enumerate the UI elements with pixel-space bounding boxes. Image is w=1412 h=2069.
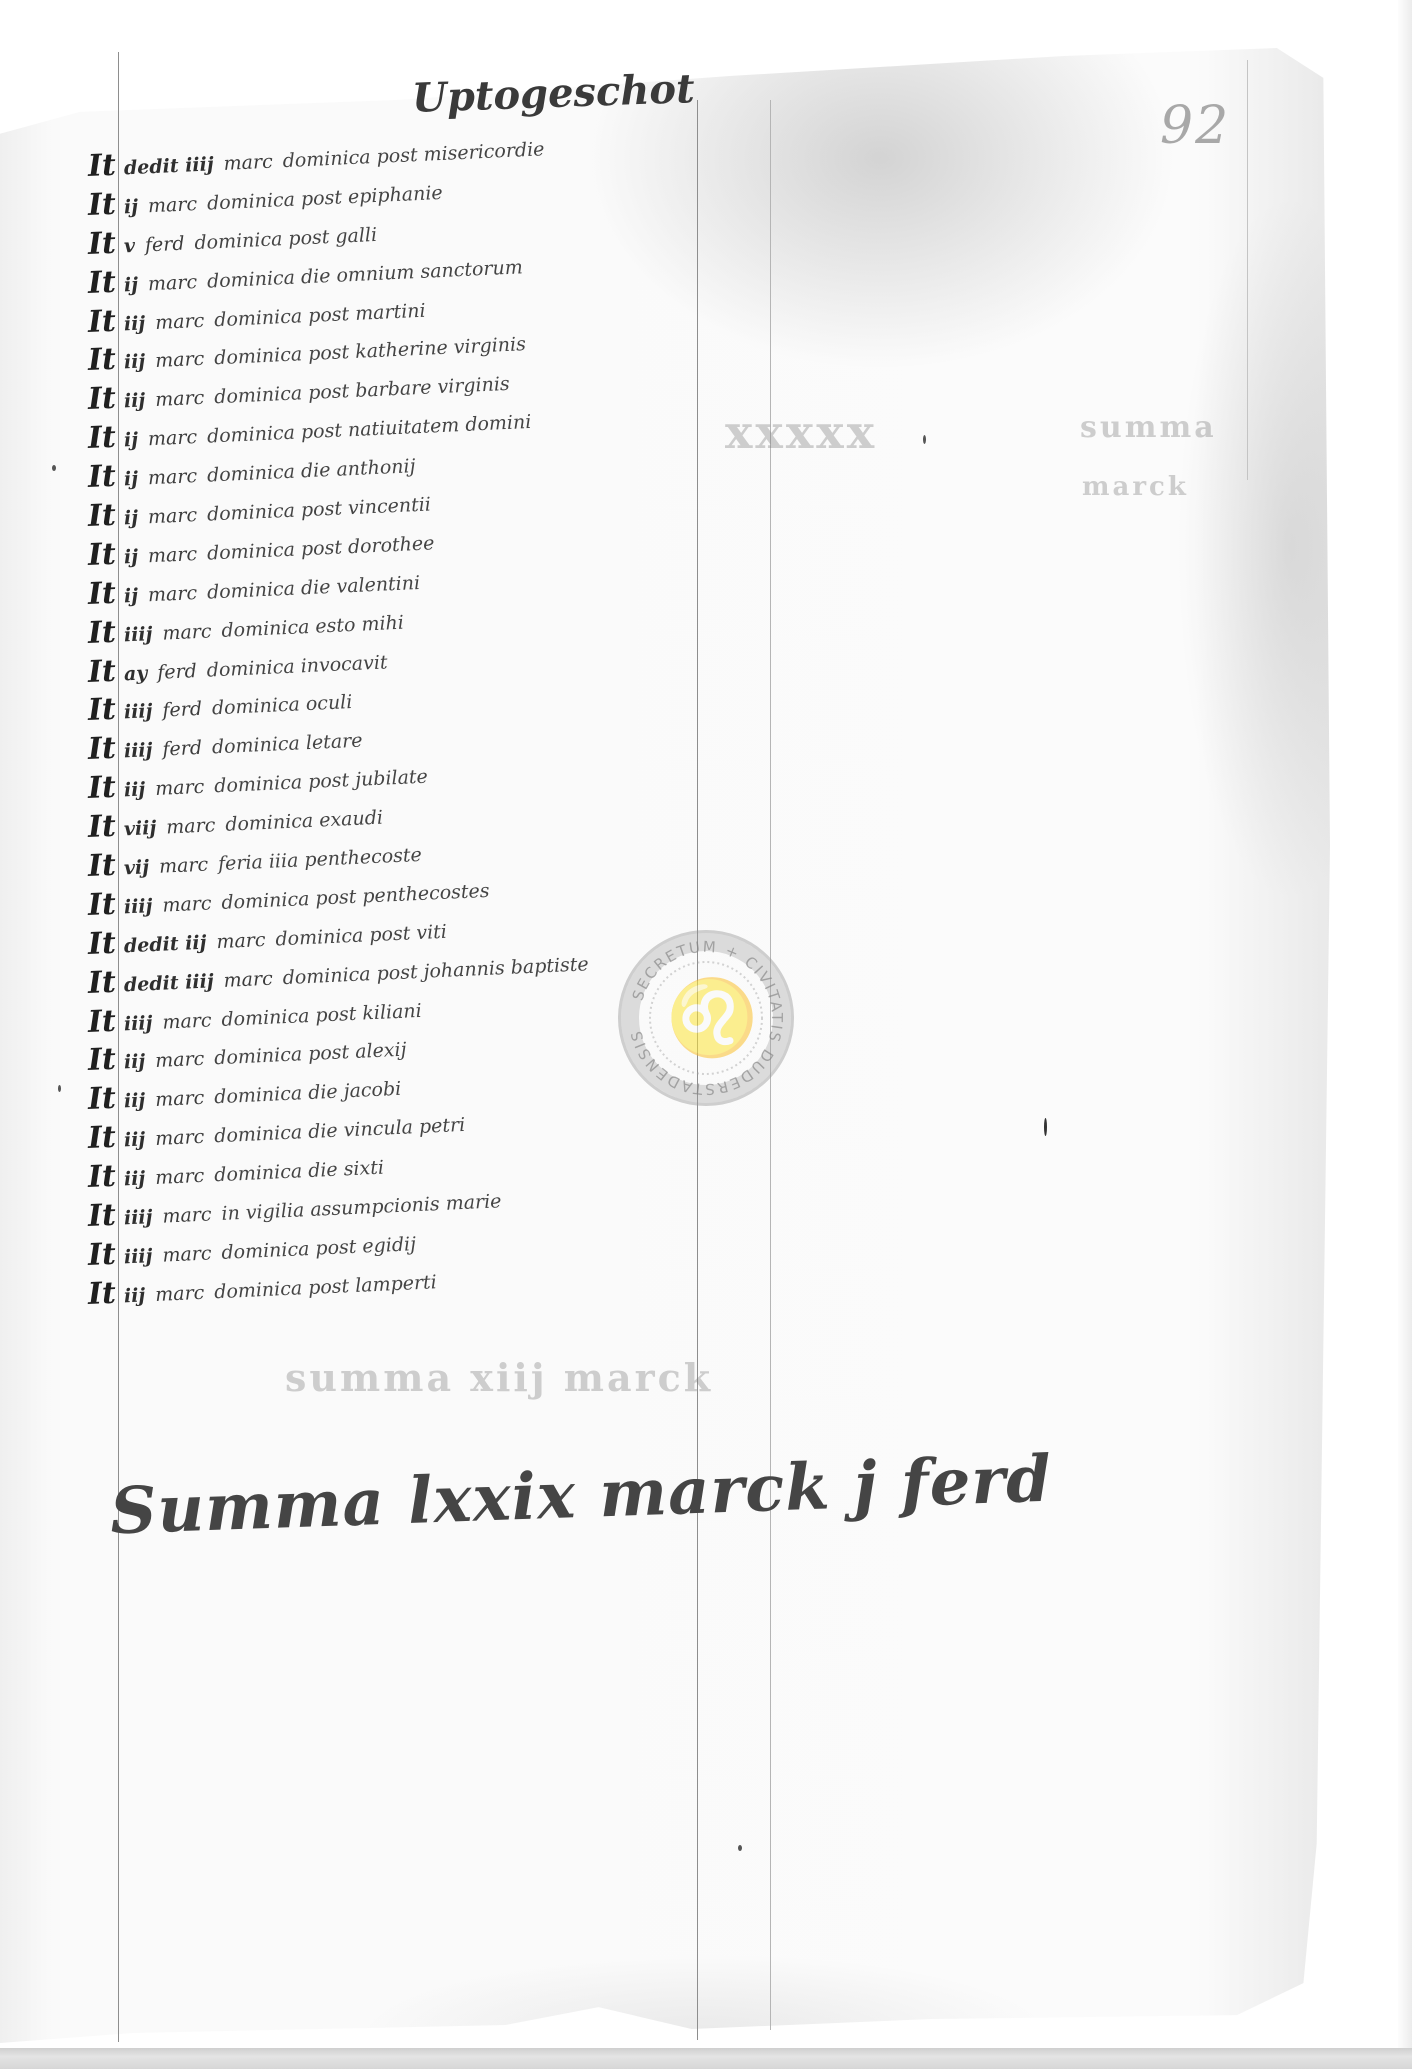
entry-item-mark: It (87, 459, 116, 495)
entry-amount: ay (123, 662, 147, 685)
bleed-through-text: summa (1080, 410, 1217, 445)
entry-description: dominica die valentini (207, 572, 421, 604)
entry-amount: iiij (123, 1245, 152, 1268)
bleed-through-text: xxxxx (725, 405, 877, 459)
entry-description: feria iiia penthecoste (218, 844, 423, 875)
entry-amount: viij (123, 817, 156, 840)
bleed-through-text: summa xiij marck (285, 1355, 713, 1400)
entry-item-mark: It (87, 1081, 116, 1117)
entry-amount: iiij (123, 1206, 152, 1229)
lion-icon: ♌ (666, 973, 746, 1063)
entry-unit: ferd (162, 737, 202, 761)
ink-speck (923, 435, 926, 444)
entry-unit: marc (162, 1242, 212, 1266)
entry-item-mark: It (87, 964, 116, 1000)
entry-unit: marc (162, 892, 212, 916)
entry-item-mark: It (87, 342, 116, 378)
entry-description: dominica post jubilate (214, 766, 428, 798)
folio-number: 92 (1160, 96, 1230, 156)
entry-unit: marc (162, 1203, 212, 1227)
entry-amount: ij (123, 546, 138, 569)
entry-unit: marc (216, 929, 266, 953)
entry-item-mark: It (87, 1237, 116, 1273)
entry-unit: marc (155, 1048, 205, 1072)
entry-item-mark: It (87, 381, 116, 417)
entry-amount: iij (123, 1168, 145, 1191)
entry-amount: iij (123, 351, 145, 374)
entry-item-mark: It (87, 420, 116, 456)
entry-amount: v (123, 235, 135, 257)
entry-unit: marc (155, 1282, 205, 1306)
entry-item-mark: It (87, 770, 116, 806)
ink-speck (1044, 1118, 1047, 1136)
entry-item-mark: It (87, 1276, 116, 1312)
entry-item-mark: It (87, 1042, 116, 1078)
entry-amount: iij (123, 312, 145, 335)
ruling-line-right (1247, 60, 1248, 480)
entry-item-mark: It (87, 1159, 116, 1195)
entry-unit: marc (155, 1087, 205, 1111)
entry-amount: ij (123, 468, 138, 491)
entry-unit: marc (162, 1009, 212, 1033)
entry-amount: ij (123, 507, 138, 530)
entry-description: dominica exaudi (225, 807, 384, 836)
entry-item-mark: It (87, 887, 116, 923)
entry-amount: iij (123, 1284, 145, 1307)
entry-item-mark: It (87, 653, 116, 689)
ink-speck (52, 465, 56, 471)
entry-description: dominica oculi (211, 691, 352, 719)
entry-item-mark: It (87, 537, 116, 573)
entry-description: dominica post lamperti (214, 1271, 437, 1303)
entry-item-mark: It (87, 848, 116, 884)
bleed-through-text: marck (1082, 472, 1189, 502)
ledger-entries: Itdedit iiijmarcdominica post misericord… (88, 148, 688, 1315)
entry-amount: iij (123, 1090, 145, 1113)
page-heading: Uptogeschot (411, 65, 695, 122)
entry-item-mark: It (87, 148, 116, 184)
entry-unit: marc (155, 309, 205, 333)
entry-unit: ferd (162, 698, 202, 722)
entry-unit: marc (166, 814, 216, 838)
entry-description: dominica post epiphanie (207, 182, 444, 215)
entry-amount: ij (123, 429, 138, 452)
entry-item-mark: It (87, 264, 116, 300)
entry-description: dominica post alexij (214, 1039, 407, 1070)
entry-description: dominica invocavit (206, 651, 388, 681)
entry-amount: iij (123, 779, 145, 802)
entry-unit: marc (148, 271, 198, 295)
entry-amount: ij (123, 273, 138, 296)
entry-unit: marc (148, 543, 198, 567)
entry-unit: marc (148, 582, 198, 606)
entry-description: dominica letare (211, 730, 362, 759)
entry-item-mark: It (87, 576, 116, 612)
entry-item-mark: It (87, 731, 116, 767)
ink-speck (58, 1085, 61, 1092)
entry-item-mark: It (87, 303, 116, 339)
entry-description: dominica esto mihi (221, 611, 404, 641)
entry-amount: iiij (123, 895, 152, 918)
entry-item-mark: It (87, 187, 116, 223)
entry-unit: marc (148, 426, 198, 450)
entry-amount: vij (123, 856, 149, 879)
entry-unit: marc (155, 348, 205, 372)
entry-description: dominica post kiliani (221, 999, 422, 1030)
entry-description: dominica die jacobi (214, 1078, 402, 1108)
entry-unit: marc (223, 967, 273, 991)
entry-item-mark: It (87, 614, 116, 650)
entry-description: dominica post galli (194, 224, 378, 254)
entry-unit: marc (162, 620, 212, 644)
scanner-edge-right (1398, 0, 1412, 2069)
entry-unit: marc (223, 151, 273, 175)
scanner-edge-bottom (0, 2048, 1412, 2069)
entry-item-mark: It (87, 926, 116, 962)
entry-description: dominica die sixti (214, 1157, 385, 1187)
entry-amount: iiij (123, 623, 152, 646)
entry-amount: iiij (123, 739, 152, 762)
entry-unit: marc (148, 465, 198, 489)
entry-unit: marc (148, 504, 198, 528)
entry-item-mark: It (87, 1198, 116, 1234)
entry-unit: ferd (144, 232, 184, 256)
entry-unit: marc (159, 854, 209, 878)
entry-amount: dedit iij (123, 931, 206, 957)
entry-description: dominica post egidij (221, 1233, 416, 1264)
entry-item-mark: It (87, 498, 116, 534)
entry-amount: dedit iiij (123, 153, 214, 179)
entry-item-mark: It (87, 692, 116, 728)
entry-unit: marc (155, 776, 205, 800)
entry-amount: iij (123, 1129, 145, 1152)
entry-description: dominica post martini (214, 299, 426, 331)
entry-item-mark: It (87, 1003, 116, 1039)
entry-description: dominica post dorothee (207, 532, 435, 564)
archive-seal-stamp: SECRETUM + CIVITATIS DUDERSTADENSIS ♌ (618, 930, 794, 1106)
entry-item-mark: It (87, 226, 116, 262)
entry-amount: dedit iiij (123, 970, 214, 996)
entry-amount: ij (123, 585, 138, 608)
entry-description: dominica die anthonij (207, 455, 416, 486)
ink-speck (738, 1845, 742, 1851)
entry-amount: ij (123, 196, 138, 219)
entry-item-mark: It (87, 809, 116, 845)
entry-unit: marc (155, 387, 205, 411)
entry-item-mark: It (87, 1120, 116, 1156)
entry-unit: marc (155, 1165, 205, 1189)
entry-amount: iiij (123, 1012, 152, 1035)
entry-unit: ferd (157, 660, 197, 684)
entry-amount: iij (123, 1051, 145, 1074)
entry-amount: iij (123, 390, 145, 413)
entry-unit: marc (148, 193, 198, 217)
entry-description: dominica post vincentii (207, 493, 432, 525)
entry-description: dominica post viti (275, 921, 447, 951)
entry-unit: marc (155, 1126, 205, 1150)
entry-amount: iiij (123, 701, 152, 724)
